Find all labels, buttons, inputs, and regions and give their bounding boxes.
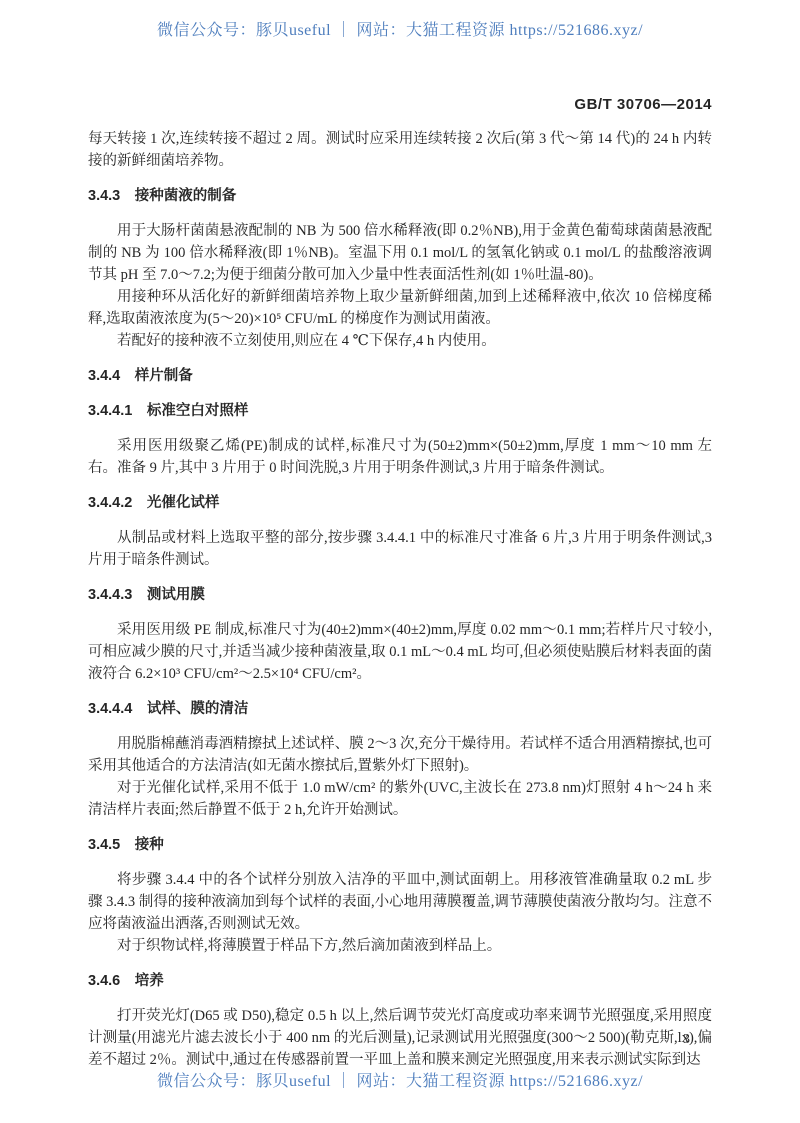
paragraph: 采用医用级 PE 制成,标准尺寸为(40±2)mm×(40±2)mm,厚度 0.… — [88, 619, 712, 685]
paragraph: 采用医用级聚乙烯(PE)制成的试样,标准尺寸为(50±2)mm×(50±2)mm… — [88, 435, 712, 479]
paragraph: 对于光催化试样,采用不低于 1.0 mW/cm² 的紫外(UVC,主波长在 27… — [88, 777, 712, 821]
footer-watermark: 微信公众号：豚贝useful ｜ 网站：大猫工程资源 https://52168… — [0, 1068, 800, 1091]
paragraph: 每天转接 1 次,连续转接不超过 2 周。测试时应采用连续转接 2 次后(第 3… — [88, 128, 712, 172]
header-watermark: 微信公众号：豚贝useful ｜ 网站：大猫工程资源 https://52168… — [0, 17, 800, 40]
paragraph: 若配好的接种液不立刻使用,则应在 4 ℃下保存,4 h 内使用。 — [88, 330, 712, 352]
section-heading: 3.4.5 接种 — [88, 834, 712, 856]
paragraph: 用脱脂棉蘸消毒酒精擦拭上述试样、膜 2～3 次,充分干燥待用。若试样不适合用酒精… — [88, 733, 712, 777]
section-heading: 3.4.6 培养 — [88, 970, 712, 992]
document-body: 每天转接 1 次,连续转接不超过 2 周。测试时应采用连续转接 2 次后(第 3… — [88, 128, 712, 1071]
document-page: 微信公众号：豚贝useful ｜ 网站：大猫工程资源 https://52168… — [0, 0, 800, 1123]
section-heading: 3.4.4 样片制备 — [88, 365, 712, 387]
paragraph: 打开荧光灯(D65 或 D50),稳定 0.5 h 以上,然后调节荧光灯高度或功… — [88, 1005, 712, 1071]
section-heading: 3.4.3 接种菌液的制备 — [88, 185, 712, 207]
section-heading: 3.4.4.2 光催化试样 — [88, 492, 712, 514]
paragraph: 用于大肠杆菌菌悬液配制的 NB 为 500 倍水稀释液(即 0.2％NB),用于… — [88, 220, 712, 286]
section-heading: 3.4.4.3 测试用膜 — [88, 584, 712, 606]
paragraph: 用接种环从活化好的新鲜细菌培养物上取少量新鲜细菌,加到上述稀释液中,依次 10 … — [88, 286, 712, 330]
paragraph: 对于织物试样,将薄膜置于样品下方,然后滴加菌液到样品上。 — [88, 935, 712, 957]
page-number: 3 — [683, 1032, 690, 1048]
paragraph: 将步骤 3.4.4 中的各个试样分别放入洁净的平皿中,测试面朝上。用移液管准确量… — [88, 869, 712, 935]
section-heading: 3.4.4.4 试样、膜的清洁 — [88, 698, 712, 720]
standard-number: GB/T 30706—2014 — [574, 96, 712, 113]
paragraph: 从制品或材料上选取平整的部分,按步骤 3.4.4.1 中的标准尺寸准备 6 片,… — [88, 527, 712, 571]
section-heading: 3.4.4.1 标准空白对照样 — [88, 400, 712, 422]
